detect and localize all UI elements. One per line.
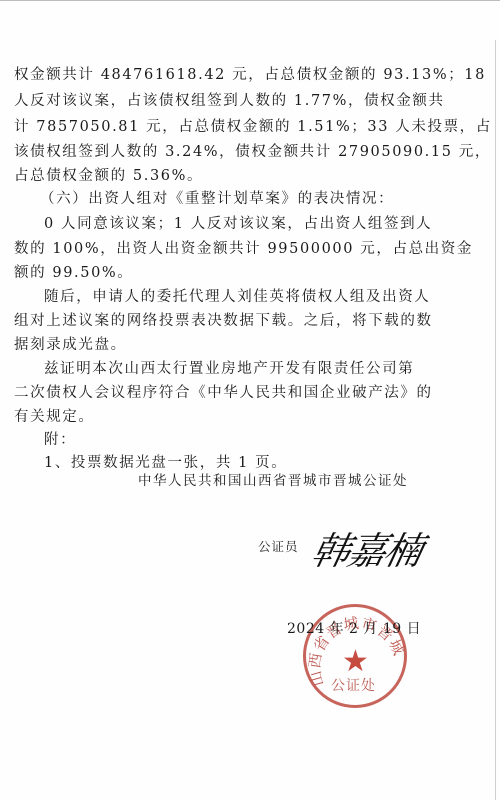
certification-line: 兹证明本次山西太行置业房地产开发有限责任公司第 — [44, 360, 440, 378]
page-right-edge — [495, 40, 496, 800]
attachment-label: 附： — [44, 431, 440, 449]
seal-bottom-text: 公证处 — [331, 675, 376, 695]
body-line: 数的 100%，出资人出资金额共计 99500000 元，占总出资金 — [14, 240, 410, 258]
document-date: 2024 年 2 月 19 日 — [287, 618, 421, 638]
body-line: 占总债权金额的 5.36%。 — [14, 167, 410, 185]
certification-line: 二次债权人会议程序符合《中华人民共和国企业破产法》的 — [14, 384, 410, 402]
body-line: 计 7857050.81 元，占总债权金额的 1.51%；33 人未投票，占 — [14, 118, 410, 136]
body-line: 随后，申请人的委托代理人刘佳英将债权人组及出资人 — [44, 288, 440, 306]
notary-label: 公证员 — [258, 537, 299, 555]
document-page: 权金额共计 484761618.42 元，占总债权金额的 93.13%；18 人… — [0, 0, 500, 801]
notary-signature: 韩嘉楠 — [307, 520, 427, 575]
body-line: 人反对该议案，占该债权组签到人数的 1.77%，债权金额共 — [14, 92, 410, 110]
body-line: 额的 99.50%。 — [14, 264, 410, 282]
body-line: 权金额共计 484761618.42 元，占总债权金额的 93.13%；18 — [14, 66, 410, 84]
page-top-border — [0, 0, 500, 1]
body-line: 该债权组签到人数的 3.24%，债权金额共计 27905090.15 元， — [14, 143, 410, 161]
certification-line: 有关规定。 — [14, 408, 410, 426]
seal-star-icon: ★ — [342, 647, 369, 677]
body-line: 组对上述议案的网络投票表决数据下载。之后，将下载的数 — [14, 312, 410, 330]
section-six-heading: （六）出资人组对《重整计划草案》的表决情况： — [40, 190, 436, 208]
body-line: 0 人同意该议案；1 人反对该议案，占出资人组签到人 — [44, 215, 440, 233]
body-line: 据刻录成光盘。 — [14, 336, 410, 354]
issuing-office: 中华人民共和国山西省晋城市晋城公证处 — [138, 469, 408, 489]
